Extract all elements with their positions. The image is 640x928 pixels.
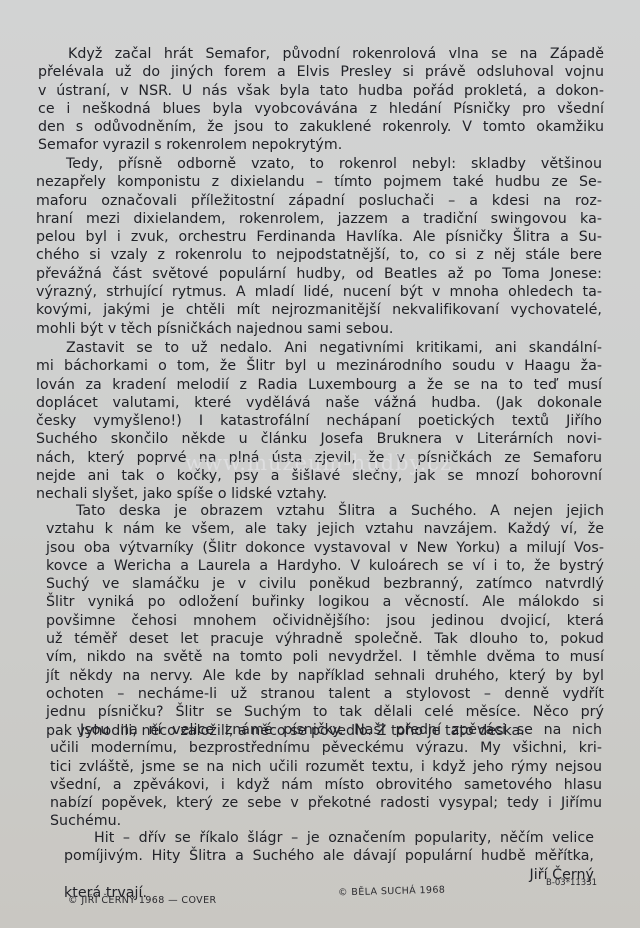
text-line: nezapřely komponistu z dixielandu – tímt… xyxy=(36,173,602,191)
text-line: Hit – dřív se říkalo šlágr – je označení… xyxy=(64,829,594,847)
text-line: jít někdy na nervy. Ale kde by například… xyxy=(46,667,604,685)
text-line: pomíjivým. Hity Šlitra a Suchého ale dáv… xyxy=(64,847,594,865)
text-line: převážná část světové populární hudby, o… xyxy=(36,265,602,283)
text-line: chého si vzaly z rokenrolu to nejpodstat… xyxy=(36,246,602,264)
text-line: nách, který poprvé na plná ústa zjevil, … xyxy=(36,449,602,467)
text-line: všední, a zpěvákovi, i když nám místo ob… xyxy=(50,776,602,794)
paragraph-4: Tato deska je obrazem vztahu Šlitra a Su… xyxy=(46,502,604,740)
text-line: Šlitr vyniká po odložení buřinky logikou… xyxy=(46,593,604,611)
text-line: kovými, jakými je chtěli mít nejrozmanit… xyxy=(36,301,602,319)
text-line: Tato deska je obrazem vztahu Šlitra a Su… xyxy=(46,502,604,520)
paragraph-6: Hit – dřív se říkalo šlágr – je označení… xyxy=(64,829,594,902)
text-line: nabízí popěvek, který ze sebe v překotné… xyxy=(50,794,602,812)
text-line: jsou oba výtvarníky (Šlitr dokonce vysta… xyxy=(46,539,604,557)
text-line: den s odůvodněním, že jsou to zakuklené … xyxy=(38,118,604,136)
text-line: mi báchorkami o tom, že Šlitr byl u mezi… xyxy=(36,357,602,375)
text-line: výrazný, strhující rytmus. A mladí lidé,… xyxy=(36,283,602,301)
text-line: jednu písničku? Šlitr se Suchým to tak d… xyxy=(46,703,604,721)
text-line: učili modernímu, bezprostřednímu pěvecké… xyxy=(50,739,602,757)
paragraph-2: Tedy, přísně odborně vzato, to rokenrol … xyxy=(36,155,602,338)
text-line: Tedy, přísně odborně vzato, to rokenrol … xyxy=(36,155,602,173)
text-line: Semafor vyrazil s rokenrolem nepokrytým. xyxy=(38,136,604,154)
text-line: maforu označovali příležitostní západní … xyxy=(36,192,602,210)
text-line: Suchého skončilo někde u článku Josefa B… xyxy=(36,430,602,448)
text-line: nechali slyšet, jako spíše o lidské vzta… xyxy=(36,485,602,503)
text-line: ce i neškodná blues byla vyobcovávána z … xyxy=(38,100,604,118)
text-line: Suchý ve slamáčku je v civilu poněkud be… xyxy=(46,575,604,593)
paragraph-1: Když začal hrát Semafor, původní rokenro… xyxy=(38,45,604,155)
catalog-number: B-03*11331 xyxy=(546,878,597,888)
text-line: nejde ani tak o kočky, psy a šišlavé sle… xyxy=(36,467,602,485)
copyright-cover: © JIŘÍ ČERNÝ 1968 — COVER xyxy=(68,895,216,906)
text-line: lován za kradení melodií z Radia Luxembo… xyxy=(36,376,602,394)
text-line: už téměř deset let pracuje výhradně spol… xyxy=(46,630,604,648)
text-line: Zastavit se to už nedalo. Ani negativním… xyxy=(36,339,602,357)
text-line: přelévala už do jiných forem a Elvis Pre… xyxy=(38,63,604,81)
text-line: v ústraní, v NSR. U nás však byla tato h… xyxy=(38,82,604,100)
text-line: Když začal hrát Semafor, původní rokenro… xyxy=(38,45,604,63)
text-line: Jsou na ní velice známé písničky. Naši p… xyxy=(50,721,602,739)
text-line: kovce a Wericha a Laurela a Hardyho. V k… xyxy=(46,557,604,575)
paragraph-3: Zastavit se to už nedalo. Ani negativním… xyxy=(36,339,602,504)
text-line: doplácet valutami, které vydělává naše v… xyxy=(36,394,602,412)
text-line: mohli být v těch písničkách najednou sam… xyxy=(36,320,602,338)
record-sleeve-back: Když začal hrát Semafor, původní rokenro… xyxy=(0,0,640,928)
text-line: povšimne čehosi mnohem očividnějšího: js… xyxy=(46,612,604,630)
text-line: hraní mezi dixielandem, rokenrolem, jazz… xyxy=(36,210,602,228)
text-line: tici zvláště, jsme se na nich učili rozu… xyxy=(50,758,602,776)
text-line: pelou byl i zvuk, orchestru Ferdinanda H… xyxy=(36,228,602,246)
text-line: česky vymyšleno!) I katastrofální necháp… xyxy=(36,412,602,430)
text-line: vím, nikdo na světě na tomto poli nevydr… xyxy=(46,648,604,666)
text-line: ochoten – necháme-li už stranou talent a… xyxy=(46,685,604,703)
text-line: vztahu k nám ke všem, ale taky jejich vz… xyxy=(46,520,604,538)
paragraph-5: Jsou na ní velice známé písničky. Naši p… xyxy=(50,721,602,831)
signature-row: . Jiří Černý xyxy=(64,866,594,884)
